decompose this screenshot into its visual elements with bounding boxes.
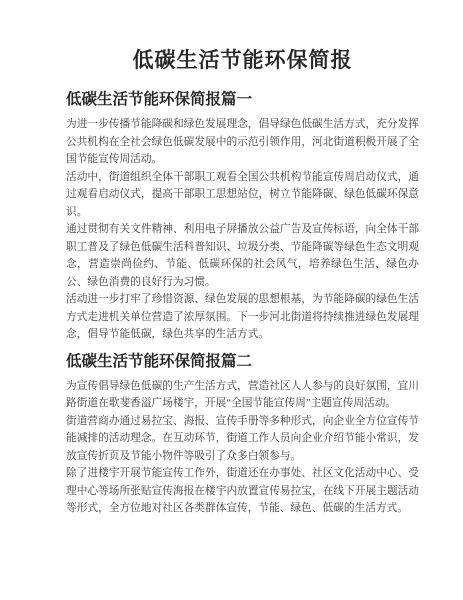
section-1-paragraph-3: 通过贯彻有关文件精神、利用电子屏播放公益广告及宣传标语，向全体干部职工普及了绿色…	[66, 221, 419, 291]
section-1-heading: 低碳生活节能环保简报篇一	[66, 90, 419, 110]
document-body: 低碳生活节能环保简报 低碳生活节能环保简报篇一 为进一步传播节能降碳和绿色发展理…	[0, 0, 463, 518]
section-2-paragraph-2: 街道营商办通过易拉宝、海报、宣传手册等多种形式，向企业全方位宣传节能减排的活动理…	[66, 413, 419, 466]
section-1-paragraph-4: 活动进一步打牢了珍惜资源、绿色发展的思想根基，为节能降碳的绿色生活方式走进机关单…	[66, 291, 419, 344]
section-1-paragraph-2: 活动中，街道组织全体干部职工观看全国公共机构节能宣传周启动仪式，通过观看启动仪式…	[66, 169, 419, 222]
section-2-paragraph-3: 除了进楼宇开展节能宣传工作外，街道还在办事处、社区文化活动中心、受理中心等场所张…	[66, 465, 419, 518]
section-1-paragraph-1: 为进一步传播节能降碳和绿色发展理念，倡导绿色低碳生活方式，充分发挥公共机构在全社…	[66, 116, 419, 169]
section-2-paragraph-1: 为宣传倡导绿色低碳的生产生活方式，营造社区人人参与的良好氛围，宜川路街道在歌斐香…	[66, 378, 419, 413]
document-title: 低碳生活节能环保简报	[66, 46, 419, 74]
section-2-heading: 低碳生活节能环保简报篇二	[66, 352, 419, 372]
document-page: 低碳生活节能环保简报 低碳生活节能环保简报篇一 为进一步传播节能降碳和绿色发展理…	[0, 0, 463, 600]
